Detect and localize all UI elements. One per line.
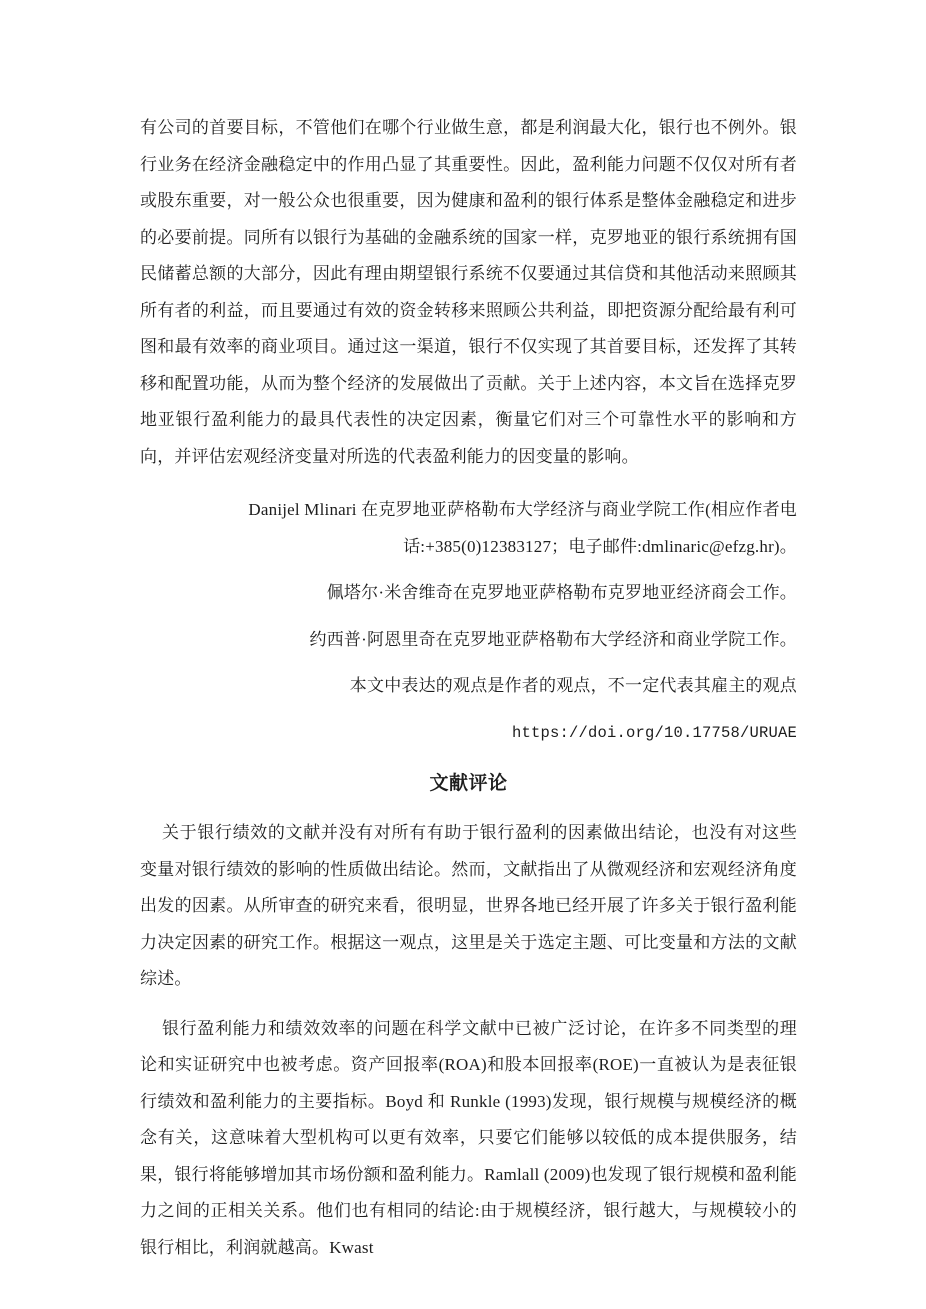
intro-paragraph: 有公司的首要目标，不管他们在哪个行业做生意，都是利润最大化，银行也不例外。银行业… [140,110,797,475]
section-heading: 文献评论 [140,766,797,802]
document-page: 有公司的首要目标，不管他们在哪个行业做生意，都是利润最大化，银行也不例外。银行业… [0,0,926,1309]
author-note-misevic: 佩塔尔·米舍维奇在克罗地亚萨格勒布克罗地亚经济商会工作。 [140,575,797,612]
author-note-arneric: 约西普·阿恩里奇在克罗地亚萨格勒布大学经济和商业学院工作。 [140,622,797,659]
literature-paragraph-2: 银行盈利能力和绩效效率的问题在科学文献中已被广泛讨论，在许多不同类型的理论和实证… [140,1011,797,1267]
author-note-mlinaric: Danijel Mlinari 在克罗地亚萨格勒布大学经济与商业学院工作(相应作… [140,492,797,565]
disclaimer-note: 本文中表达的观点是作者的观点，不一定代表其雇主的观点 [140,668,797,705]
doi-link[interactable]: https://doi.org/10.17758/URUAE [140,715,797,752]
literature-paragraph-1: 关于银行绩效的文献并没有对所有有助于银行盈利的因素做出结论，也没有对这些变量对银… [140,815,797,998]
author-notes-block: Danijel Mlinari 在克罗地亚萨格勒布大学经济与商业学院工作(相应作… [140,492,797,751]
